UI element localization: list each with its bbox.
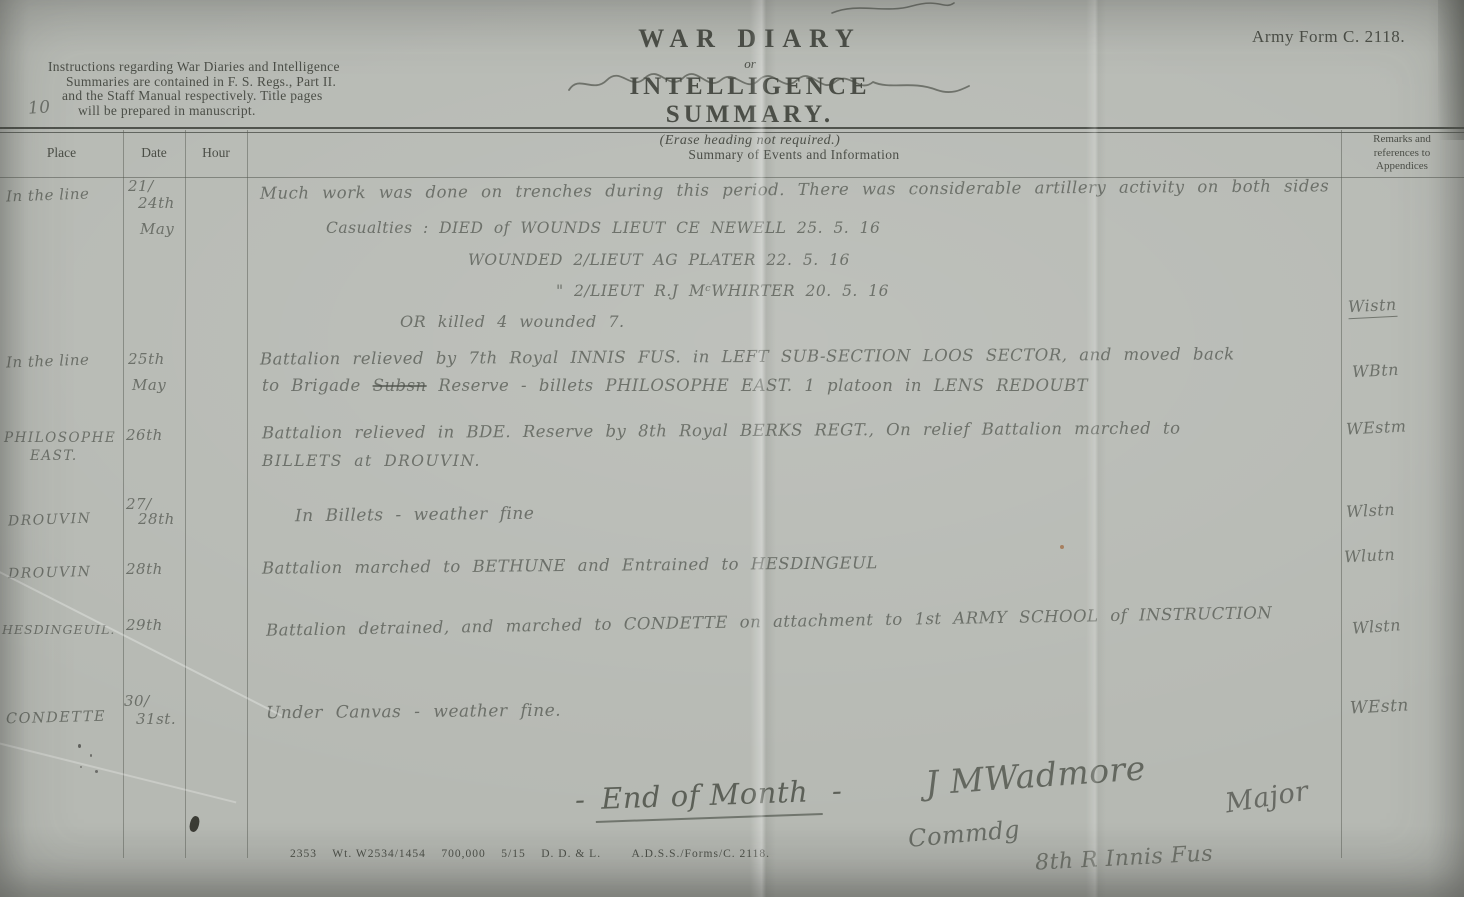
entry-remark-initials: Wlutn <box>1344 545 1396 567</box>
column-header-place: Place <box>0 145 123 161</box>
entry-summary-line: Under Canvas - weather fine. <box>266 701 561 724</box>
entry-remark-initials: Wlstn <box>1351 615 1401 637</box>
entry-place: DROUVIN <box>8 564 92 582</box>
entry-date: 26th <box>126 426 163 444</box>
entry-summary-line: to Brigade Subsn Reserve - billets PHILO… <box>262 376 1088 395</box>
army-form-number: Army Form C. 2118. <box>1252 27 1405 47</box>
entry-place: CONDETTE <box>6 709 106 728</box>
column-line-date-hour <box>185 130 186 858</box>
entry-remark-initials: WBtn <box>1352 360 1400 381</box>
instructions-line: and the Staff Manual respectively. Title… <box>62 89 340 104</box>
entry-place: DROUVIN <box>8 511 92 530</box>
entry-place: In the line <box>6 351 90 372</box>
entry-summary-line: BILLETS at DROUVIN. <box>262 452 481 470</box>
end-of-month-text: End of Month <box>595 774 823 823</box>
end-dash: - <box>831 773 842 807</box>
entry-date: 31st. <box>136 710 176 728</box>
title-war-diary: WAR DIARY <box>555 24 945 54</box>
column-header-hour: Hour <box>185 145 247 161</box>
column-line-place-date <box>123 130 124 858</box>
entry-summary-line: Casualties : DIED of WOUNDS LIEUT CE NEW… <box>326 219 880 237</box>
entry-place: HESDINGEUIL. <box>2 622 115 637</box>
remarks-header-line: Appendices <box>1343 160 1461 174</box>
struck-word: Subsn <box>373 376 427 395</box>
entry-remark-initials: WEstn <box>1350 695 1410 718</box>
entry-date: 29th <box>126 616 163 634</box>
strikethrough-squiggle-icon <box>555 62 975 108</box>
column-line-summary-remarks <box>1341 130 1342 858</box>
instructions-line: will be prepared in manuscript. <box>78 104 340 119</box>
remarks-header-line: Remarks and <box>1343 133 1461 147</box>
column-header-date: Date <box>123 145 185 161</box>
pen-flourish-icon <box>828 0 958 16</box>
summary-text: to Brigade <box>262 376 373 395</box>
entry-date: 28th <box>126 560 163 578</box>
entry-date: May <box>132 376 166 394</box>
column-line-hour-summary <box>247 130 248 858</box>
instructions-line: Summaries are contained in F. S. Regs., … <box>66 75 340 90</box>
entry-remark-initials: Wistn <box>1347 295 1397 320</box>
printers-imprint: 2353 Wt. W2534/1454 700,000 5/15 D. D. &… <box>290 848 770 860</box>
entry-summary-line: WOUNDED 2/LIEUT AG PLATER 22. 5. 16 <box>468 251 850 269</box>
entry-date: 21/ <box>128 177 154 195</box>
entry-remark-initials: WEstm <box>1346 416 1407 438</box>
entry-remark-initials: Wlstn <box>1346 500 1396 522</box>
entry-summary-line: " 2/LIEUT R.J MᶜWHIRTER 20. 5. 16 <box>556 282 889 300</box>
entry-date: 25th <box>128 350 165 368</box>
entry-place: PHILOSOPHE <box>4 430 116 446</box>
remarks-header-line: references to <box>1343 147 1461 161</box>
instructions-line: Instructions regarding War Diaries and I… <box>48 60 340 75</box>
entry-date: 30/ <box>124 692 150 710</box>
scanned-war-diary-page: { "form": { "form_number": "Army Form C.… <box>0 0 1464 897</box>
instructions-block: Instructions regarding War Diaries and I… <box>48 60 340 118</box>
entry-date: May <box>140 220 174 238</box>
summary-text: Reserve - billets PHILOSOPHE EAST. 1 pla… <box>427 376 1088 395</box>
entry-place: In the line <box>6 185 90 206</box>
header-double-rule <box>0 127 1464 133</box>
entry-date: 28th <box>138 510 175 528</box>
entry-summary-line: In Billets - weather fine <box>295 504 535 527</box>
column-header-remarks: Remarks and references to Appendices <box>1343 133 1461 174</box>
column-header-summary: Summary of Events and Information <box>247 147 1341 163</box>
entry-place: EAST. <box>30 448 78 464</box>
entry-date: 24th <box>138 194 175 212</box>
end-dash: - <box>574 782 585 816</box>
entry-summary-line: OR killed 4 wounded 7. <box>400 312 625 331</box>
